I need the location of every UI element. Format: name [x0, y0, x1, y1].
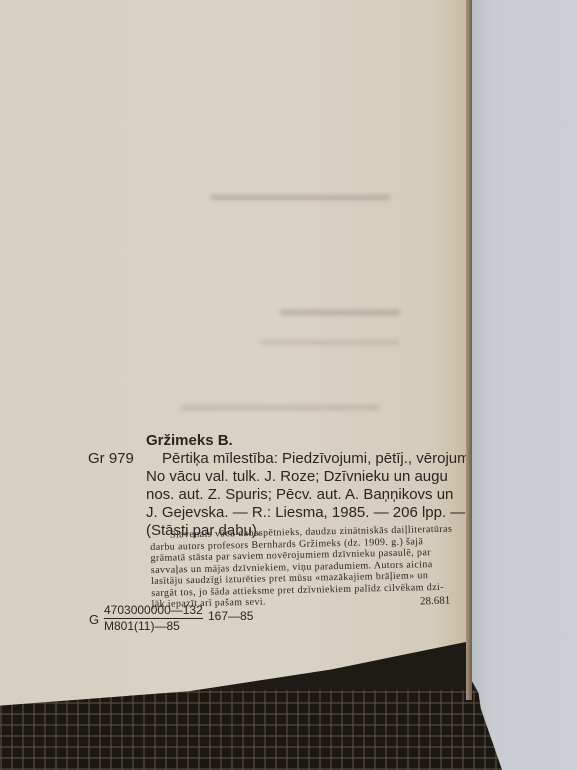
record-author: Gržimeks B.: [146, 432, 233, 449]
call-number: Gr 979: [88, 450, 134, 467]
endpaper-page: [470, 0, 577, 770]
page-crease: [280, 310, 400, 315]
classification-denominator: M801(11)—85: [104, 619, 203, 633]
page-gutter-shadow: [466, 0, 472, 700]
book-page: Gržimeks B. Gr 979 Pērtiķa mīlestība: Pi…: [0, 0, 472, 720]
description-line: Pērtiķa mīlestība: Piedzīvojumi, pētīj.,…: [146, 450, 476, 468]
page-crease: [180, 405, 380, 410]
description-line: No vācu val. tulk. J. Roze; Dzīvnieku un…: [146, 468, 476, 486]
registration-number: 28.681: [420, 594, 451, 607]
classification-numerator: 4703000000—132: [104, 603, 203, 619]
description-line: J. Gejevska. — R.: Liesma, 1985. — 206 l…: [146, 504, 476, 522]
classification-tail: 167—85: [208, 609, 253, 623]
description-line: nos. aut. Z. Spuris; Pēcv. aut. A. Baņņi…: [146, 486, 476, 504]
page-crease: [260, 340, 400, 345]
page-crease: [210, 195, 390, 200]
classification-letter: G: [89, 612, 99, 627]
classification-fraction: 4703000000—132 M801(11)—85: [104, 603, 203, 633]
